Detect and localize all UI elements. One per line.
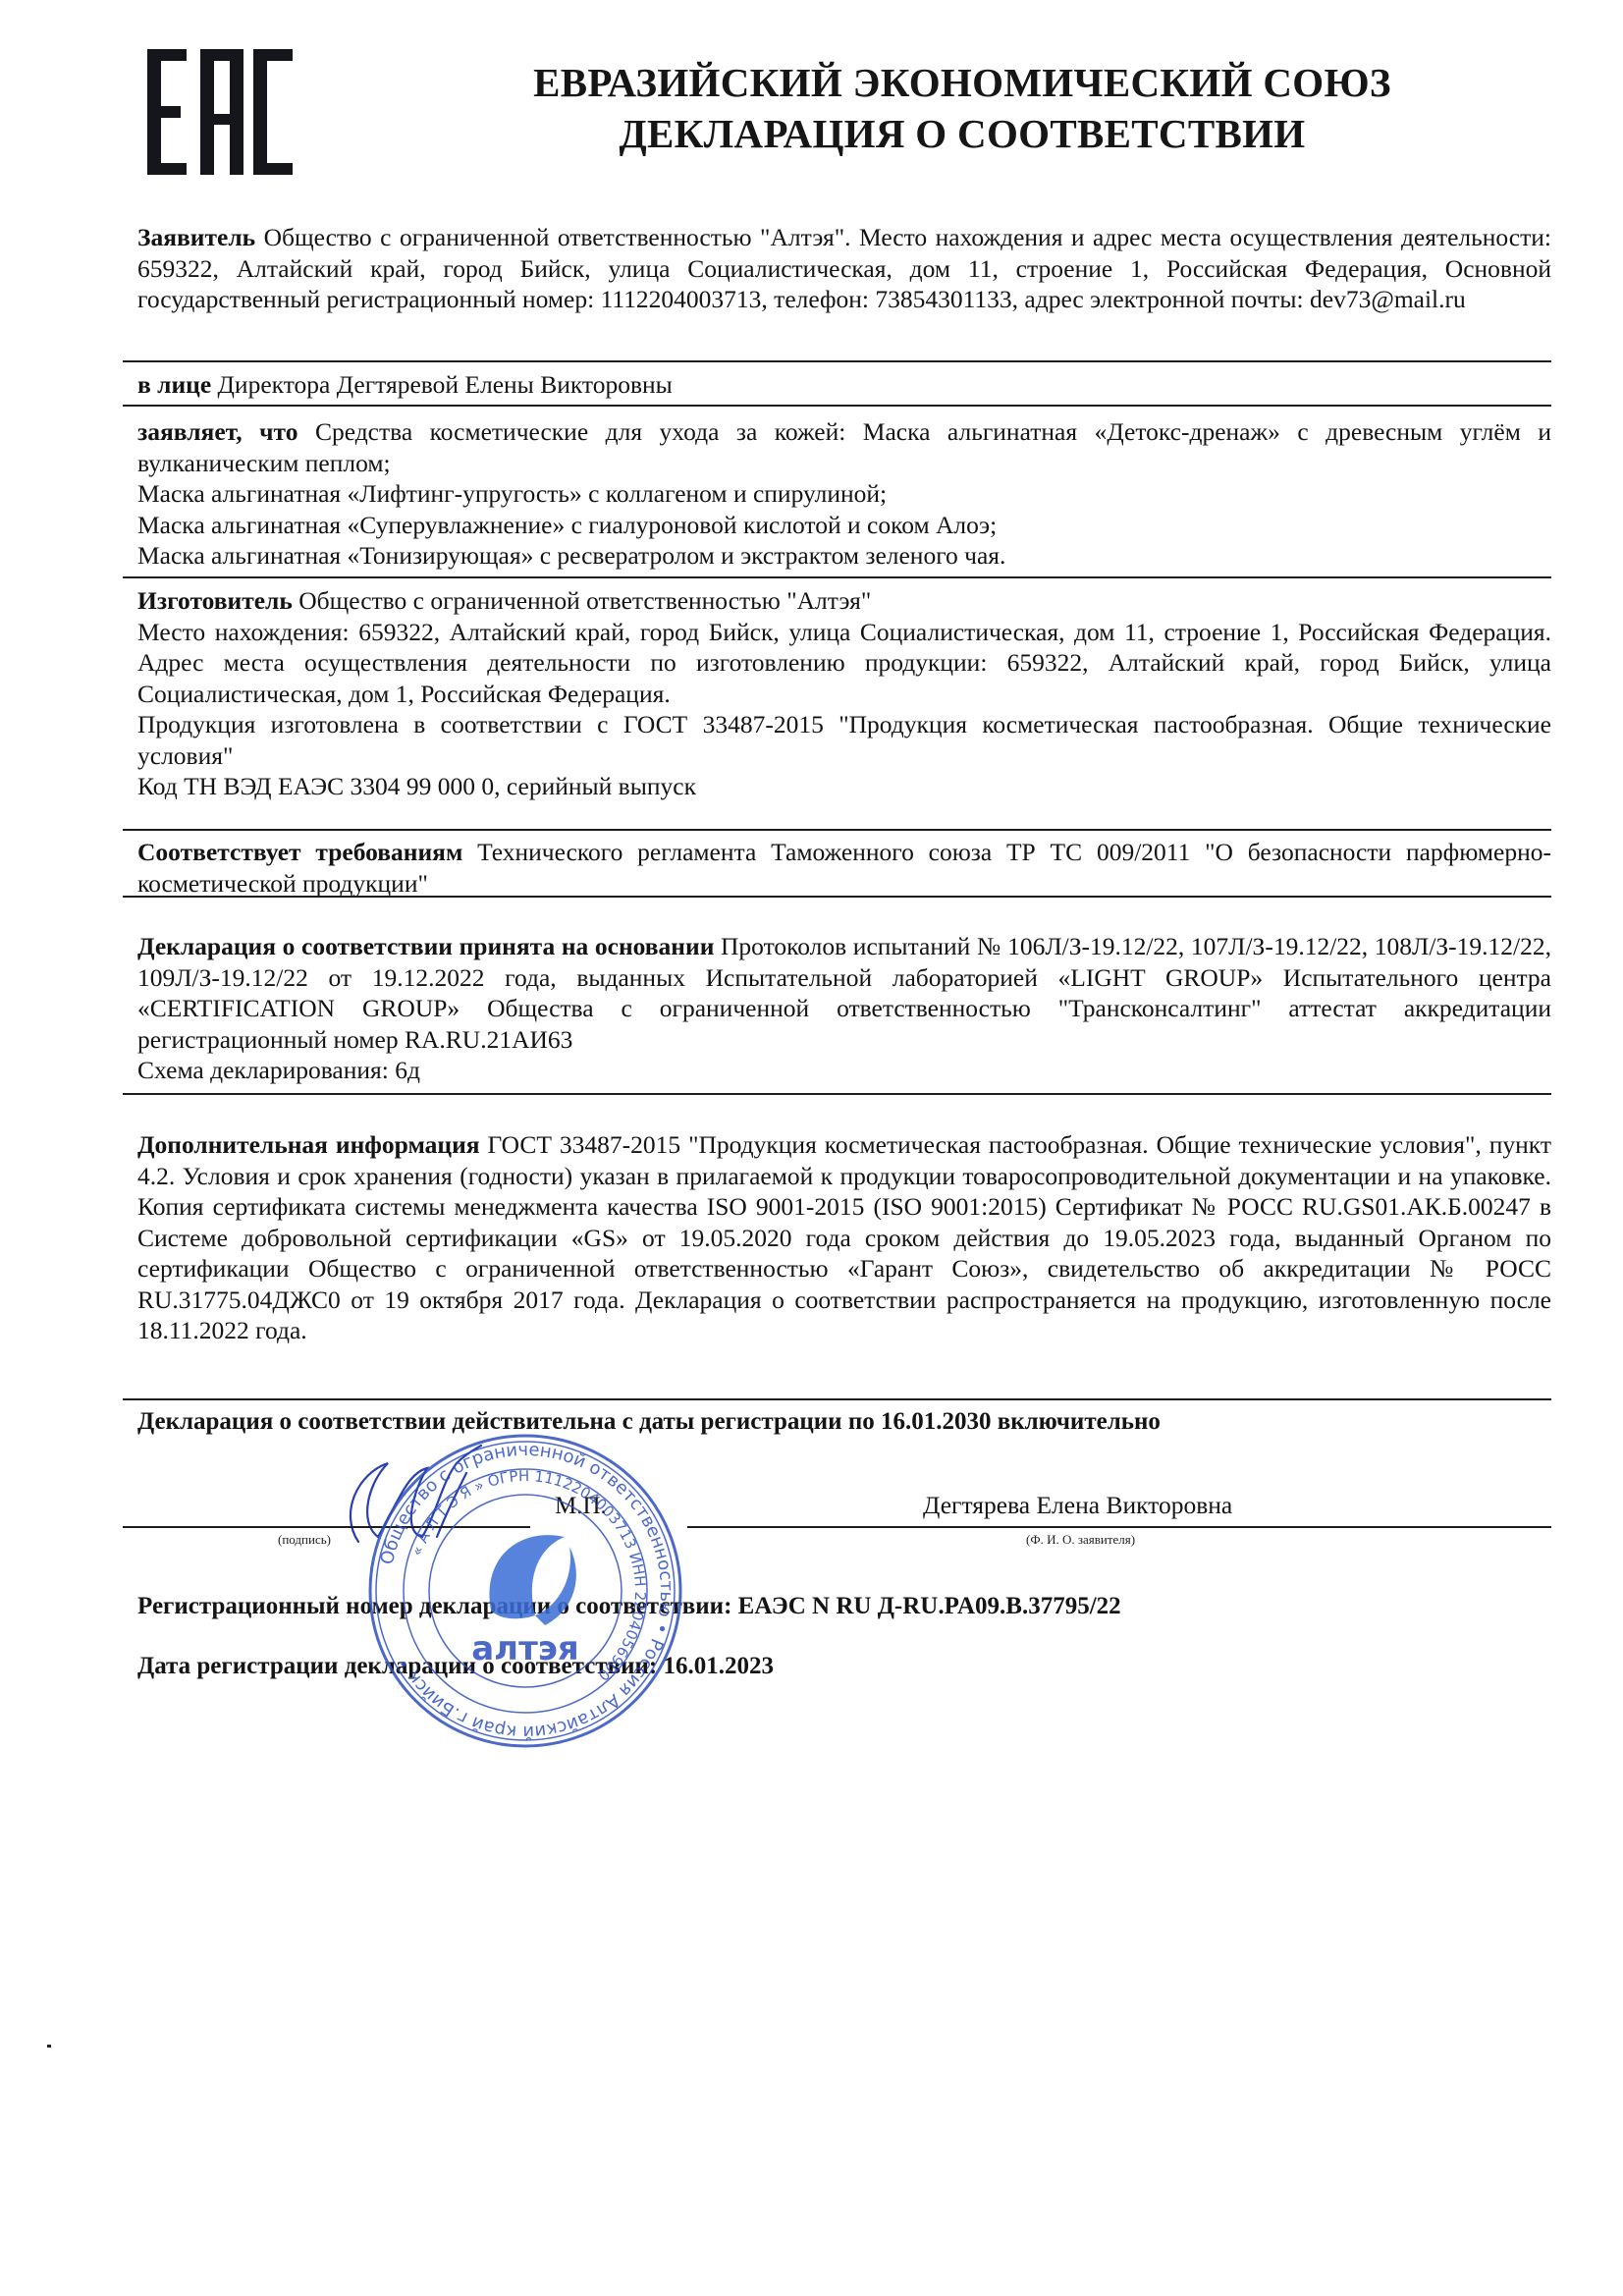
applicant-section: Заявитель Общество с ограниченной ответс… [137,222,1551,315]
manufacturer-label: Изготовитель [137,586,293,615]
stamp-brand: алтэя [471,1629,579,1668]
eac-mark-icon [147,49,297,175]
applicant-text: Общество с ограниченной ответственностью… [137,223,1551,313]
declares-label: заявляет, что [137,417,298,446]
manufacturer-name: Общество с ограниченной ответственностью… [298,586,871,615]
manufacturer-code: Код ТН ВЭД ЕАЭС 3304 99 000 0, серийный … [137,771,1551,802]
registration-number: ЕАЭС N RU Д-RU.PA09.B.37795/22 [738,1593,1121,1619]
divider [123,896,1551,898]
divider [123,405,1551,407]
signer-name-line [687,1526,1551,1528]
divider [123,1093,1551,1095]
scan-artifact [47,2045,51,2048]
additional-info-section: Дополнительная информация ГОСТ 33487-201… [137,1129,1551,1346]
manufacturer-standard: Продукция изготовлена в соответствии с Г… [137,709,1551,771]
signer-caption: (Ф. И. О. заявителя) [1026,1532,1135,1548]
product-line: Средства косметические для ухода за коже… [137,417,1551,477]
validity-statement: Декларация о соответствии действительна … [137,1406,1551,1438]
conformity-section: Соответствует требованиям Технического р… [137,837,1551,899]
representative-text: Директора Дегтяревой Елены Викторовны [218,370,673,399]
product-line: Маска альгинатная «Тонизирующая» с ресве… [137,540,1551,572]
manufacturer-section: Изготовитель Общество с ограниченной отв… [137,585,1551,802]
representative-section: в лице Директора Дегтяревой Елены Виктор… [137,369,1551,401]
signature-caption: (подпись) [278,1532,331,1548]
divider [123,1398,1551,1400]
basis-label: Декларация о соответствии принята на осн… [137,932,714,960]
divider [123,829,1551,831]
divider [123,360,1551,362]
manufacturer-address: Место нахождения: 659322, Алтайский край… [137,617,1551,710]
product-line: Маска альгинатная «Суперувлажнение» с ги… [137,510,1551,541]
additional-label: Дополнительная информация [137,1130,480,1159]
eac-letter-a [200,49,243,175]
conformity-label: Соответствует требованиям [137,838,462,866]
eac-letter-e [147,49,190,175]
product-line: Маска альгинатная «Лифтинг-упругость» с … [137,478,1551,510]
eac-letter-c [253,49,297,175]
company-stamp-icon: Общество с ограниченной ответственностью… [363,1429,687,1753]
title-union: ЕВРАЗИЙСКИЙ ЭКОНОМИЧЕСКИЙ СОЮЗ [393,57,1532,108]
declares-section: заявляет, что Средства косметические для… [137,416,1551,572]
document-title: ЕВРАЗИЙСКИЙ ЭКОНОМИЧЕСКИЙ СОЮЗ ДЕКЛАРАЦИ… [393,57,1532,159]
applicant-label: Заявитель [137,223,255,251]
basis-section: Декларация о соответствии принята на осн… [137,931,1551,1086]
title-declaration: ДЕКЛАРАЦИЯ О СООТВЕТСТВИИ [393,108,1532,159]
representative-label: в лице [137,370,211,399]
additional-text: ГОСТ 33487-2015 "Продукция косметическая… [137,1130,1551,1344]
divider [123,576,1551,578]
signer-name: Дегтярева Елена Викторовна [923,1491,1232,1520]
declaration-scheme: Схема декларирования: 6д [137,1055,1551,1086]
